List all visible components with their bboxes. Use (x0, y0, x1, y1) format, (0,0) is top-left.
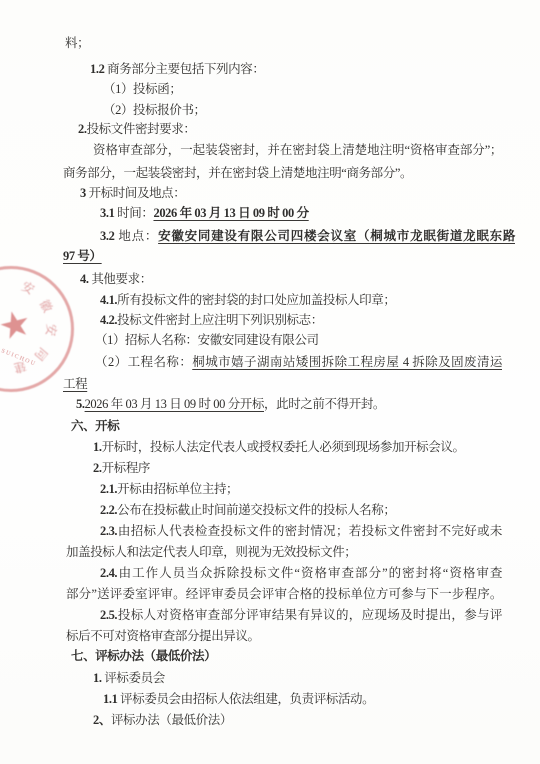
text-line: 4.1.所有投标文件的密封袋的封口处应加盖投标人印章； (100, 292, 395, 308)
document-page: ★ SUICHOU 安徽安同建 料；1.2 商务部分主要包括下列内容：（1）投标… (0, 0, 540, 764)
text-line: 六、开标 (71, 418, 119, 434)
text-line: 料； (65, 35, 89, 51)
text-line: 工程 (63, 376, 87, 392)
text-line: 2.投标文件密封要求： (78, 121, 195, 137)
text-line: 3.2 地点：安徽安同建设有限公司四楼会议室（桐城市龙眠街道龙眠东路 (100, 228, 515, 244)
text-line: 标后不可对资格审查部分提出异议。 (66, 628, 260, 644)
document-text: 料；1.2 商务部分主要包括下列内容：（1）投标函；（2）投标报价书；2.投标文… (0, 0, 540, 764)
text-line: 商务部分，一起装袋密封，并在密封袋上清楚地注明“商务部分”。 (63, 165, 412, 181)
text-line: 资格审查部分，一起装袋密封，并在密封袋上清楚地注明“资格审查部分”； (93, 142, 502, 158)
text-line: 部分”送评委室评审。经评审委员会评审合格的投标单位方可参与下一步程序。 (66, 586, 502, 602)
text-line: 1.1 评标委员会由招标人依法组建，负责评标活动。 (103, 691, 374, 707)
text-line: 2.1.开标由招标单位主持； (100, 481, 238, 497)
text-line: （1）招标人名称：安徽安同建设有限公司 (95, 332, 319, 348)
text-line: 加盖投标人和法定代表人印章，则视为无效投标文件； (66, 544, 356, 560)
text-line: 2.4.由工作人员当众拆除投标文件“资格审查部分”的密封将“资格审查 (100, 565, 502, 581)
text-line: 七、评标办法（最低价法） (71, 648, 216, 664)
text-line: （2）工程名称：桐城市嬉子湖南站矮围拆除工程房屋 4 拆除及固废清运 (95, 354, 502, 370)
text-line: 1.2 商务部分主要包括下列内容： (90, 61, 264, 77)
text-line: 4.2.投标文件密封上应注明下列识别标志： (100, 312, 323, 328)
text-line: 3 开标时间及地点： (80, 185, 185, 201)
text-line: 2.2.公布在投标截止时间前递交投标文件的投标人名称； (100, 502, 395, 518)
text-line: 2.3.由招标人代表检查投标文件的密封情况；若投标文件密封不完好或未 (100, 523, 502, 539)
text-line: 3.1 时间：2026 年 03 月 13 日 09 时 00 分 (100, 205, 309, 221)
text-line: 97 号） (63, 248, 102, 264)
text-line: 1.开标时，投标人法定代表人或授权委托人必须到现场参加开标会议。 (93, 439, 465, 455)
text-line: 5.2026 年 03 月 13 日 09 时 00 分开标，此时之前不得开封。 (76, 396, 385, 412)
text-line: （2）投标报价书； (103, 102, 206, 118)
text-line: 1. 评标委员会 (93, 670, 165, 686)
text-line: 2.开标程序 (93, 460, 150, 476)
text-line: 2.5.投标人对资格审查部分评审结果有异议的，应现场及时提出，参与评 (100, 607, 502, 623)
text-line: 4. 其他要求： (80, 271, 152, 287)
text-line: （1）投标函； (103, 81, 181, 97)
text-line: 2、评标办法（最低价法） (93, 712, 232, 728)
